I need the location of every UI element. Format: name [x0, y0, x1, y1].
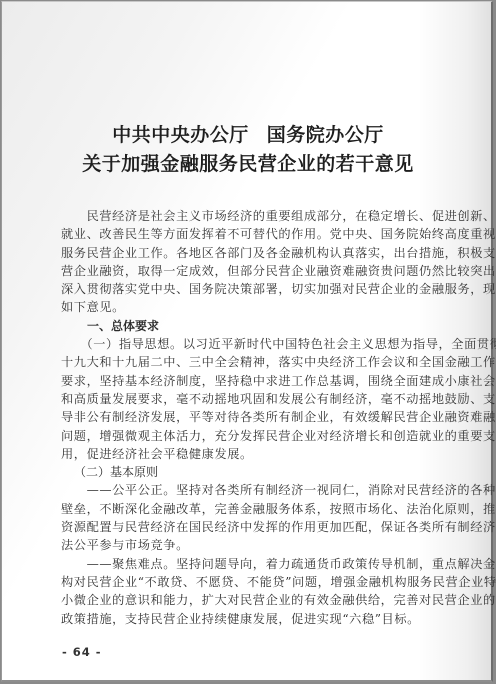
text-line: 资源配置与民营经济在国民经济中发挥的作用更加匹配，保证各类所有制经济依 [61, 518, 441, 536]
section-heading-general-requirements: 一、总体要求 [61, 317, 441, 335]
issuer-state-council-office: 国务院办公厅 [267, 124, 384, 146]
guiding-ideology-paragraph: （一）指导思想。以习近平新时代中国特色社会主义思想为指导，全面贯彻党的 十九大和… [61, 335, 441, 463]
text-line: 小微企业的意识和能力，扩大对民营企业的有效金融供给，完善对民营企业的纾困 [61, 591, 441, 609]
text-line: 要求，坚持基本经济制度，坚持稳中求进工作总基调，围绕全面建成小康社会目标 [61, 372, 441, 390]
text-line: 如下意见。 [61, 298, 441, 316]
subsection-heading-basic-principles: （二）基本原则 [61, 463, 441, 481]
document-body: 民营经济是社会主义市场经济的重要组成部分，在稳定增长、促进创新、增加 就业、改善… [61, 207, 441, 628]
principle-fairness-paragraph: ——公平公正。坚持对各类所有制经济一视同仁，消除对民营经济的各种隐性 壁垒，不断… [61, 481, 441, 554]
page-number: - 64 - [62, 645, 102, 659]
text-line: 和高质量发展要求，毫不动摇地巩固和发展公有制经济，毫不动摇地鼓励、支持、引 [61, 390, 441, 408]
text-line: （一）指导思想。以习近平新时代中国特色社会主义思想为指导，全面贯彻党的 [61, 335, 441, 353]
text-line: 壁垒，不断深化金融改革，完善金融服务体系，按照市场化、法治化原则，推动金融 [61, 500, 441, 518]
document-title: 关于加强金融服务民营企业的若干意见 [2, 149, 494, 176]
text-line: 就业、改善民生等方面发挥着不可替代的作用。党中央、国务院始终高度重视金融 [61, 225, 441, 243]
text-line: 用，促进经济社会平稳健康发展。 [61, 445, 441, 463]
principle-focus-difficulties-paragraph: ——聚焦难点。坚持问题导向，着力疏通货币政策传导机制，重点解决金融机 构对民营企… [61, 555, 441, 628]
text-line: ——公平公正。坚持对各类所有制经济一视同仁，消除对民营经济的各种隐性 [61, 481, 441, 499]
issuer-cpc-office: 中共中央办公厅 [112, 124, 249, 146]
text-line: 法公平参与市场竞争。 [61, 536, 441, 554]
text-line: 政策措施，支持民营企业持续健康发展，促进实现“六稳”目标。 [61, 610, 441, 628]
intro-paragraph: 民营经济是社会主义市场经济的重要组成部分，在稳定增长、促进创新、增加 就业、改善… [61, 207, 441, 317]
text-line: 十九大和十九届二中、三中全会精神，落实中央经济工作会议和全国金融工作会议 [61, 353, 441, 371]
text-line: 导非公有制经济发展，平等对待各类所有制企业，有效缓解民营企业融资难融资贵 [61, 408, 441, 426]
text-line: ——聚焦难点。坚持问题导向，着力疏通货币政策传导机制，重点解决金融机 [61, 555, 441, 573]
text-line: 问题，增强微观主体活力，充分发挥民营企业对经济增长和创造就业的重要支撑作 [61, 427, 441, 445]
text-line: 民营经济是社会主义市场经济的重要组成部分，在稳定增长、促进创新、增加 [61, 207, 441, 225]
text-line: 构对民营企业“不敢贷、不愿贷、不能贷”问题，增强金融机构服务民营企业特别是 [61, 573, 441, 591]
document-page: 中共中央办公厅国务院办公厅 关于加强金融服务民营企业的若干意见 民营经济是社会主… [1, 1, 493, 682]
issuer-title: 中共中央办公厅国务院办公厅 [2, 120, 494, 147]
text-line: 营企业融资，取得一定成效，但部分民营企业融资难融资贵问题仍然比较突出。为 [61, 262, 441, 280]
text-line: 深入贯彻落实党中央、国务院决策部署，切实加强对民营企业的金融服务，现提出 [61, 280, 441, 298]
text-line: 服务民营企业工作。各地区各部门及各金融机构认真落实，出台措施，积极支持民 [61, 244, 441, 262]
